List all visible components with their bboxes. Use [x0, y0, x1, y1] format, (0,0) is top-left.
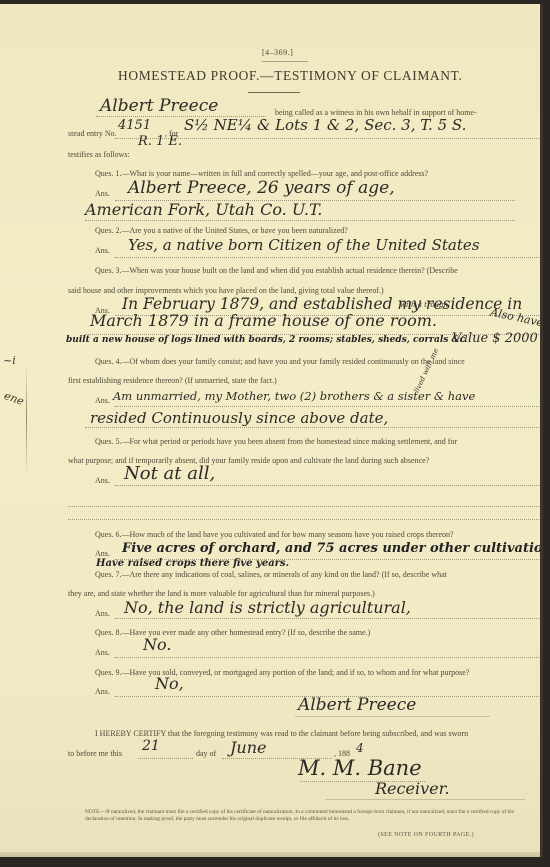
answer-line [115, 657, 543, 658]
see-note: (SEE NOTE ON FOURTH PAGE.) [378, 832, 474, 838]
answer-line [68, 519, 543, 520]
answer-line [115, 618, 543, 619]
document-title: HOMESTEAD PROOF.—TESTIMONY OF CLAIMANT. [118, 68, 462, 84]
ans-label-2: Ans. [95, 246, 110, 255]
sworn-month: June [230, 738, 267, 757]
claimant-name-handwritten: Albert Preece [100, 96, 218, 116]
answer-3-line-2: March 1879 in a frame house of one room. [90, 311, 437, 330]
day-line [138, 758, 193, 759]
question-4-line-2: first establishing residence thereon? (I… [68, 376, 277, 385]
title-rule [248, 92, 300, 93]
answer-line [85, 220, 515, 221]
footer-note: NOTE.—If naturalized, the claimant must … [85, 809, 535, 823]
form-number-rule [262, 61, 308, 62]
sworn-day: 21 [142, 738, 160, 754]
entry-label: stead entry No. [68, 129, 117, 138]
form-number: [4–369.] [262, 48, 293, 57]
ans-label-5: Ans. [95, 476, 110, 485]
answer-3-insert: with a trough [400, 301, 448, 309]
question-5-line-2: what purpose; and if temporarily absent,… [68, 456, 429, 465]
answer-2: Yes, a native born Citizen of the United… [128, 236, 479, 254]
officer-signature: M. M. Bane [298, 756, 422, 780]
officer-title-line [325, 799, 525, 800]
answer-line [115, 485, 543, 486]
year-suffix: 4 [356, 741, 364, 755]
answer-7: No, the land is strictly agricultural, [124, 598, 411, 617]
answer-4-margin-insert: lived with me [413, 347, 440, 394]
ans-label-4: Ans. [95, 396, 110, 405]
question-7-line-1: Ques. 7.—Are there any indications of co… [95, 570, 447, 579]
claimant-signature: Albert Preece [298, 695, 416, 715]
question-9: Ques. 9.—Have you sold, conveyed, or mor… [95, 668, 469, 677]
margin-mark-1: ~i [3, 354, 16, 367]
answer-9: No, [155, 674, 184, 693]
answer-8: No. [143, 635, 171, 654]
ans-label-1: Ans. [95, 189, 110, 198]
ans-label-6: Ans. [95, 549, 110, 558]
range: R. 1 E. [138, 134, 182, 149]
answer-1-line-1: Albert Preece, 26 years of age, [128, 178, 395, 198]
question-3-line-1: Ques. 3.—When was your house built on th… [95, 266, 458, 275]
homestead-proof-page: [4–369.] HOMESTEAD PROOF.—TESTIMONY OF C… [0, 4, 543, 857]
answer-4-line-2: resided Continuously since above date, [90, 409, 388, 427]
ans-label-7: Ans. [95, 609, 110, 618]
answer-line [85, 427, 543, 428]
answer-3-line-3: built a new house of logs lined with boa… [66, 335, 465, 345]
day-of-label: day of [196, 749, 216, 758]
answer-6-line-2: Have raised crops there five years. [96, 558, 289, 569]
testifies-label: testifies as follows: [68, 150, 130, 159]
answer-6-line-1: Five acres of orchard, and 75 acres unde… [122, 541, 543, 556]
question-3-line-2: said house and other improvements which … [68, 286, 384, 295]
answer-line [115, 257, 543, 258]
answer-line [68, 506, 543, 507]
answer-line [115, 406, 543, 407]
question-8: Ques. 8.—Have you ever made any other ho… [95, 628, 370, 637]
question-4-line-1: Ques. 4.—Of whom does your family consis… [95, 357, 465, 366]
signature-line [295, 716, 490, 717]
answer-1-line-2: American Fork, Utah Co. U.T. [85, 200, 322, 219]
entry-number: 4151 [118, 118, 151, 133]
ans-label-9: Ans. [95, 687, 110, 696]
question-2: Ques. 2.—Are you a native of the United … [95, 226, 348, 235]
land-description: S½ NE¼ & Lots 1 & 2, Sec. 3, T. 5 S. [184, 116, 466, 134]
paper-bottom-edge [0, 852, 543, 857]
question-1: Ques. 1.—What is your name—written in fu… [95, 169, 428, 178]
answer-5: Not at all, [124, 463, 215, 484]
margin-mark-2: ene [2, 389, 25, 408]
ans-label-8: Ans. [95, 648, 110, 657]
sworn-label: to before me this [68, 749, 122, 758]
question-7-line-2: they are, and state whether the land is … [68, 589, 375, 598]
question-6: Ques. 6.—How much of the land have you c… [95, 530, 454, 539]
certification-text: I HEREBY CERTIFY that the foregoing test… [95, 729, 468, 738]
paper-fold [26, 364, 27, 474]
answer-3-value: Value $ 2000 [452, 331, 538, 346]
question-5-line-1: Ques. 5.—For what period or periods have… [95, 437, 457, 446]
officer-title: Receiver. [375, 779, 450, 798]
